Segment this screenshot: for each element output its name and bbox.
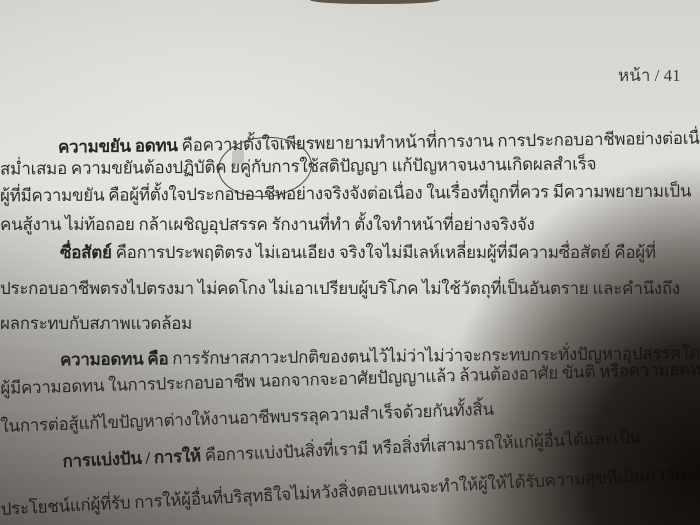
text-line-5: ซื่อสัตย์ คือการประพฤติตรง ไม่เอนเอียง จ…	[60, 239, 656, 266]
page-number: หน้า / 41	[618, 62, 681, 89]
heading-patience: ความอดทน คือ	[60, 349, 168, 369]
heading-sharing: การแบ่งปัน / การให้	[62, 446, 201, 471]
smudge-mark	[232, 150, 244, 164]
text-line-4: คนสู้งาน ไม่ท้อถอย กล้าเผชิญอุปสรรค รักง…	[0, 211, 535, 238]
heading-honesty: ซื่อสัตย์	[60, 243, 112, 262]
text-line-7: ผลกระทบกับสภาพแวดล้อม	[0, 310, 192, 337]
text-line-3: ผู้ที่มีความขยัน คือผู้ที่ตั้งใจประกอบอา…	[0, 178, 691, 210]
text-line-6: ประกอบอาชีพตรงไปตรงมา ไม่คดโกง ไม่เอาเปร…	[0, 275, 680, 302]
